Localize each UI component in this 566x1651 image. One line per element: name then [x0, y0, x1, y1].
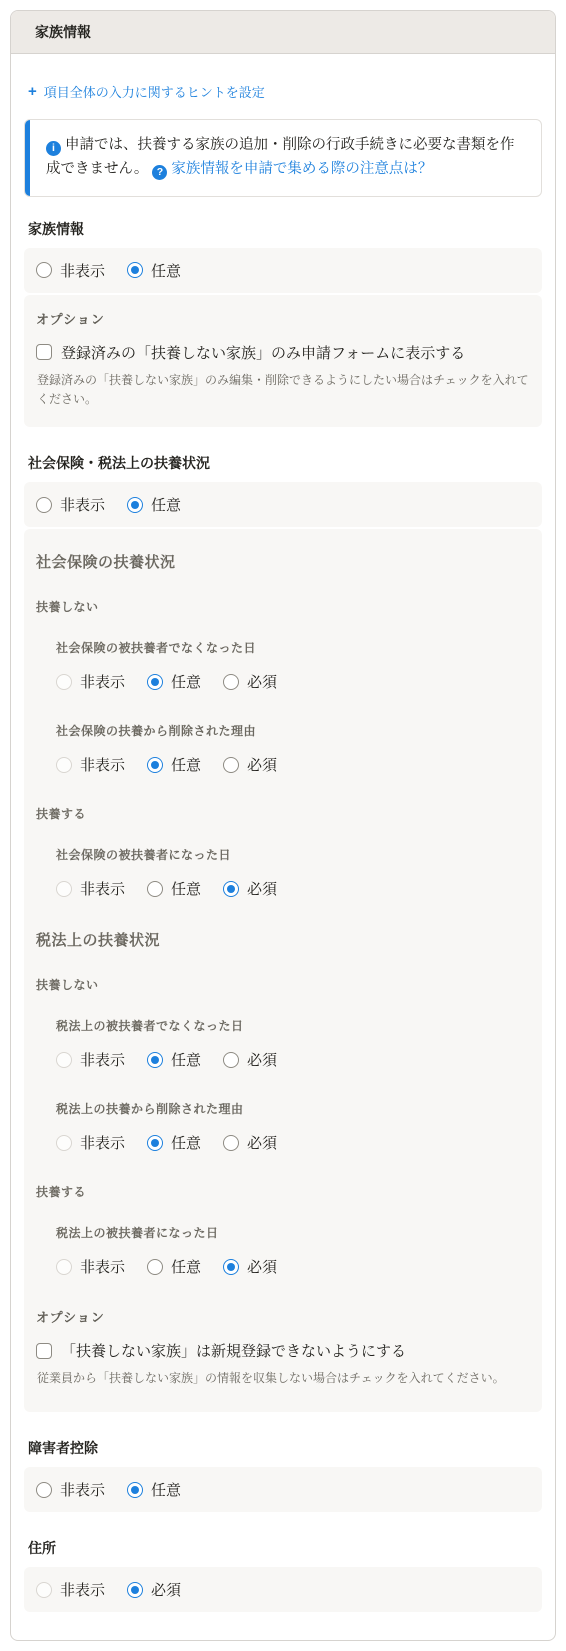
radio-selected-icon: [127, 1582, 143, 1598]
question-icon: ?: [152, 165, 167, 180]
radio-group: 非表示 任意 必須: [56, 754, 530, 775]
options-heading: オプション: [36, 1307, 530, 1326]
field-tax-removed-date: 税法上の被扶養者でなくなった日 非表示 任意 必須: [56, 1017, 530, 1070]
radio-group: 非表示 任意 必須: [56, 878, 530, 899]
checkbox-icon: [36, 1343, 52, 1359]
radio-selected-icon: [147, 1052, 163, 1068]
radio-option-hidden[interactable]: 非表示: [36, 260, 105, 281]
group-label-dependent: 扶養する: [36, 1183, 530, 1200]
radio-option-optional[interactable]: 任意: [127, 1479, 181, 1500]
info-note: i申請では、扶養する家族の追加・削除の行政手続きに必要な書類を作成できません。 …: [24, 119, 542, 197]
radio-group: 非表示 任意: [36, 494, 530, 515]
radio-disabled-icon: [56, 1259, 72, 1275]
set-hint-link-label: 項目全体の入力に関するヒントを設定: [44, 82, 265, 101]
radio-option-required[interactable]: 必須: [223, 1256, 277, 1277]
radio-unselected-icon: [223, 1052, 239, 1068]
radio-selected-icon: [147, 757, 163, 773]
radio-option-hidden[interactable]: 非表示: [56, 671, 125, 692]
group-label-dependent: 扶養する: [36, 805, 530, 822]
radio-group: 非表示 任意: [36, 260, 530, 281]
radio-unselected-icon: [36, 497, 52, 513]
card-body: + 項目全体の入力に関するヒントを設定 i申請では、扶養する家族の追加・削除の行…: [11, 54, 555, 1640]
info-icon: i: [46, 141, 61, 156]
radio-option-optional[interactable]: 任意: [147, 878, 201, 899]
radio-option-optional[interactable]: 任意: [147, 1132, 201, 1153]
plus-icon: +: [28, 84, 37, 99]
radio-option-hidden[interactable]: 非表示: [56, 1256, 125, 1277]
visibility-radio-panel: 非表示 任意: [24, 1467, 542, 1512]
subsection-title-social-insurance: 社会保険の扶養状況: [36, 551, 530, 572]
options-panel: オプション 登録済みの「扶養しない家族」のみ申請フォームに表示する 登録済みの「…: [24, 295, 542, 427]
radio-disabled-icon: [56, 1135, 72, 1151]
visibility-radio-panel: 非表示 任意: [24, 482, 542, 527]
radio-option-optional[interactable]: 任意: [147, 754, 201, 775]
radio-unselected-icon: [223, 674, 239, 690]
radio-option-hidden[interactable]: 非表示: [56, 1132, 125, 1153]
radio-unselected-icon: [36, 262, 52, 278]
checkbox-help-text: 従業員から「扶養しない家族」の情報を収集しない場合はチェックを入れてください。: [37, 1369, 530, 1388]
radio-disabled-icon: [56, 757, 72, 773]
radio-unselected-icon: [147, 1259, 163, 1275]
radio-group: 非表示 任意 必須: [56, 1049, 530, 1070]
family-info-settings-card: 家族情報 + 項目全体の入力に関するヒントを設定 i申請では、扶養する家族の追加…: [10, 10, 556, 1641]
subsection-title-tax: 税法上の扶養状況: [36, 929, 530, 950]
radio-unselected-icon: [36, 1482, 52, 1498]
radio-group: 非表示 任意 必須: [56, 671, 530, 692]
checkbox-help-text: 登録済みの「扶養しない家族」のみ編集・削除できるようにしたい場合はチェックを入れ…: [37, 371, 530, 409]
radio-group: 非表示 任意 必須: [56, 1256, 530, 1277]
radio-option-optional[interactable]: 任意: [147, 671, 201, 692]
section-disability-deduction: 障害者控除 非表示 任意: [24, 1438, 542, 1512]
field-si-removed-date: 社会保険の被扶養者でなくなった日 非表示 任意 必須: [56, 639, 530, 692]
radio-group: 非表示 任意 必須: [56, 1132, 530, 1153]
options-heading: オプション: [36, 309, 530, 328]
radio-option-required[interactable]: 必須: [127, 1579, 181, 1600]
set-hint-link[interactable]: + 項目全体の入力に関するヒントを設定: [28, 82, 265, 101]
radio-disabled-icon: [36, 1582, 52, 1598]
field-si-added-date: 社会保険の被扶養者になった日 非表示 任意 必須: [56, 846, 530, 899]
radio-option-required[interactable]: 必須: [223, 671, 277, 692]
dependency-details-panel: 社会保険の扶養状況 扶養しない 社会保険の被扶養者でなくなった日 非表示 任意: [24, 529, 542, 1412]
radio-disabled-icon: [56, 881, 72, 897]
radio-selected-icon: [223, 881, 239, 897]
radio-option-hidden[interactable]: 非表示: [36, 1579, 105, 1600]
checkbox-icon: [36, 344, 52, 360]
radio-selected-icon: [127, 262, 143, 278]
radio-option-optional[interactable]: 任意: [147, 1256, 201, 1277]
radio-unselected-icon: [223, 757, 239, 773]
section-title: 家族情報: [28, 219, 542, 239]
radio-option-required[interactable]: 必須: [223, 878, 277, 899]
radio-option-optional[interactable]: 任意: [127, 494, 181, 515]
radio-option-hidden[interactable]: 非表示: [36, 1479, 105, 1500]
checkbox-show-registered-only[interactable]: 登録済みの「扶養しない家族」のみ申請フォームに表示する: [36, 342, 530, 363]
radio-option-hidden[interactable]: 非表示: [56, 1049, 125, 1070]
group-label-not-dependent: 扶養しない: [36, 976, 530, 993]
section-title: 障害者控除: [28, 1438, 542, 1458]
radio-option-required[interactable]: 必須: [223, 1049, 277, 1070]
radio-disabled-icon: [56, 674, 72, 690]
radio-selected-icon: [127, 1482, 143, 1498]
field-tax-removed-reason: 税法上の扶養から削除された理由 非表示 任意 必須: [56, 1100, 530, 1153]
section-family-info: 家族情報 非表示 任意 オプション 登録済みの「扶養しない: [24, 219, 542, 427]
radio-selected-icon: [147, 674, 163, 690]
radio-option-optional[interactable]: 任意: [147, 1049, 201, 1070]
section-title: 住所: [28, 1538, 542, 1558]
radio-selected-icon: [127, 497, 143, 513]
radio-option-required[interactable]: 必須: [223, 1132, 277, 1153]
note-help-link[interactable]: ?家族情報を申請で集める際の注意点は？: [152, 161, 432, 177]
section-address: 住所 非表示 必須: [24, 1538, 542, 1612]
field-tax-added-date: 税法上の被扶養者になった日 非表示 任意 必須: [56, 1224, 530, 1277]
radio-selected-icon: [147, 1135, 163, 1151]
radio-group: 非表示 任意: [36, 1479, 530, 1500]
section-dependency-status: 社会保険・税法上の扶養状況 非表示 任意 社会保険の扶養状況 扶養しない: [24, 453, 542, 1412]
radio-unselected-icon: [147, 881, 163, 897]
field-si-removed-reason: 社会保険の扶養から削除された理由 非表示 任意 必須: [56, 722, 530, 775]
radio-option-optional[interactable]: 任意: [127, 260, 181, 281]
radio-group: 非表示 必須: [36, 1579, 530, 1600]
visibility-radio-panel: 非表示 必須: [24, 1567, 542, 1612]
radio-unselected-icon: [223, 1135, 239, 1151]
group-label-not-dependent: 扶養しない: [36, 598, 530, 615]
radio-option-hidden[interactable]: 非表示: [56, 754, 125, 775]
note-help-link-label: 家族情報を申請で集める際の注意点は？: [171, 161, 432, 177]
radio-option-required[interactable]: 必須: [223, 754, 277, 775]
section-title: 社会保険・税法上の扶養状況: [28, 453, 542, 473]
checkbox-disable-new-registration[interactable]: 「扶養しない家族」は新規登録できないようにする: [36, 1340, 530, 1361]
visibility-radio-panel: 非表示 任意: [24, 248, 542, 293]
radio-option-hidden[interactable]: 非表示: [56, 878, 125, 899]
card-title: 家族情報: [11, 11, 555, 54]
radio-disabled-icon: [56, 1052, 72, 1068]
radio-selected-icon: [223, 1259, 239, 1275]
radio-option-hidden[interactable]: 非表示: [36, 494, 105, 515]
